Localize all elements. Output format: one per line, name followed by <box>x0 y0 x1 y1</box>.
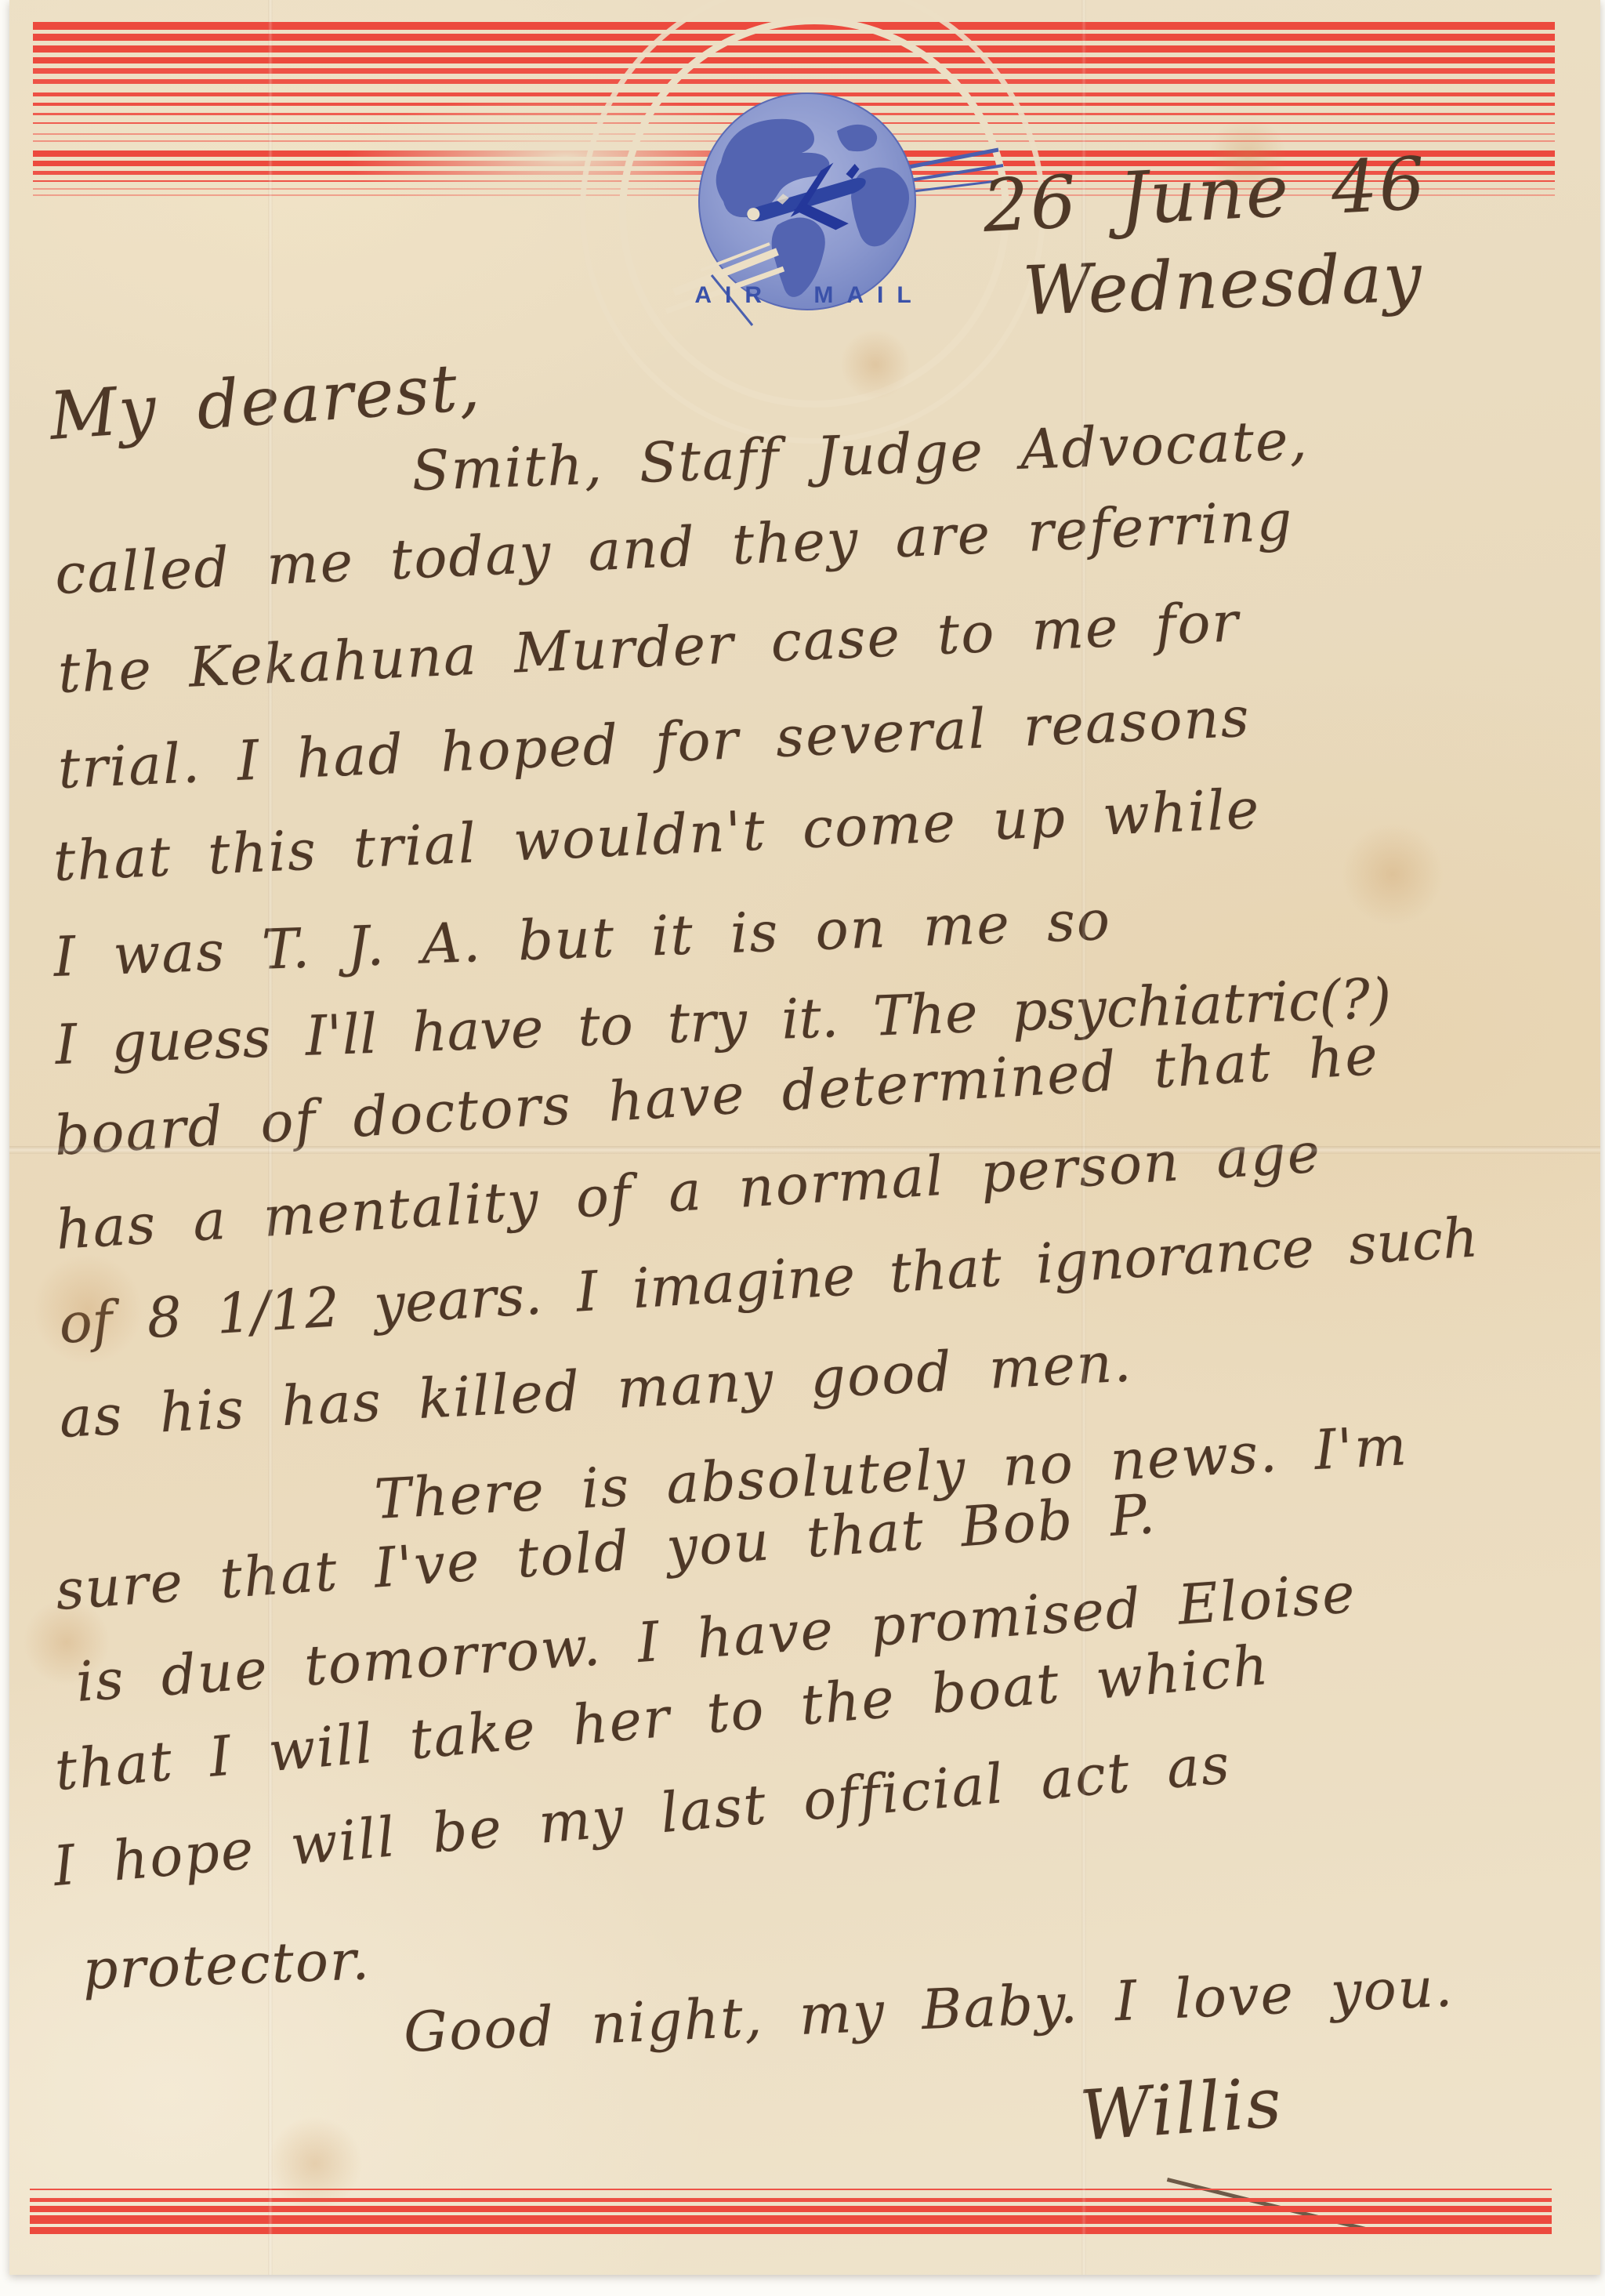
letter-line: I was T. J. A. but it is on me so <box>53 888 1112 989</box>
letter-scan: AIR MAIL 26 June 46 Wednesday My dearest… <box>0 0 1605 2296</box>
closing-line: Good night, my Baby. I love you. <box>402 1955 1455 2065</box>
age-spot <box>24 1599 110 1685</box>
letter-line: that this trial wouldn't come up while <box>52 777 1261 894</box>
letter-line: protector. <box>82 1928 371 2002</box>
letter-line: called me today and they are referring <box>53 488 1295 607</box>
fold-crease <box>1081 0 1086 2275</box>
letter-line: trial. I had hoped for several reasons <box>56 685 1252 801</box>
letter-line: as his has killed many good men. <box>58 1329 1134 1450</box>
letter-line: the Kekahuna Murder case to me for <box>56 589 1241 705</box>
letterhead-stripes-bottom <box>30 2189 1552 2234</box>
age-spot <box>268 2116 362 2211</box>
age-spot <box>840 329 911 400</box>
fold-crease <box>9 1146 1600 1154</box>
age-spot <box>1208 118 1287 196</box>
airmail-brand-text: AIR MAIL <box>680 282 939 309</box>
age-spot <box>1342 823 1444 925</box>
letter-paper: AIR MAIL 26 June 46 Wednesday My dearest… <box>9 0 1600 2275</box>
fold-crease <box>268 0 273 2275</box>
signature: Willis <box>1078 2062 1285 2156</box>
age-spot <box>33 1254 143 1364</box>
